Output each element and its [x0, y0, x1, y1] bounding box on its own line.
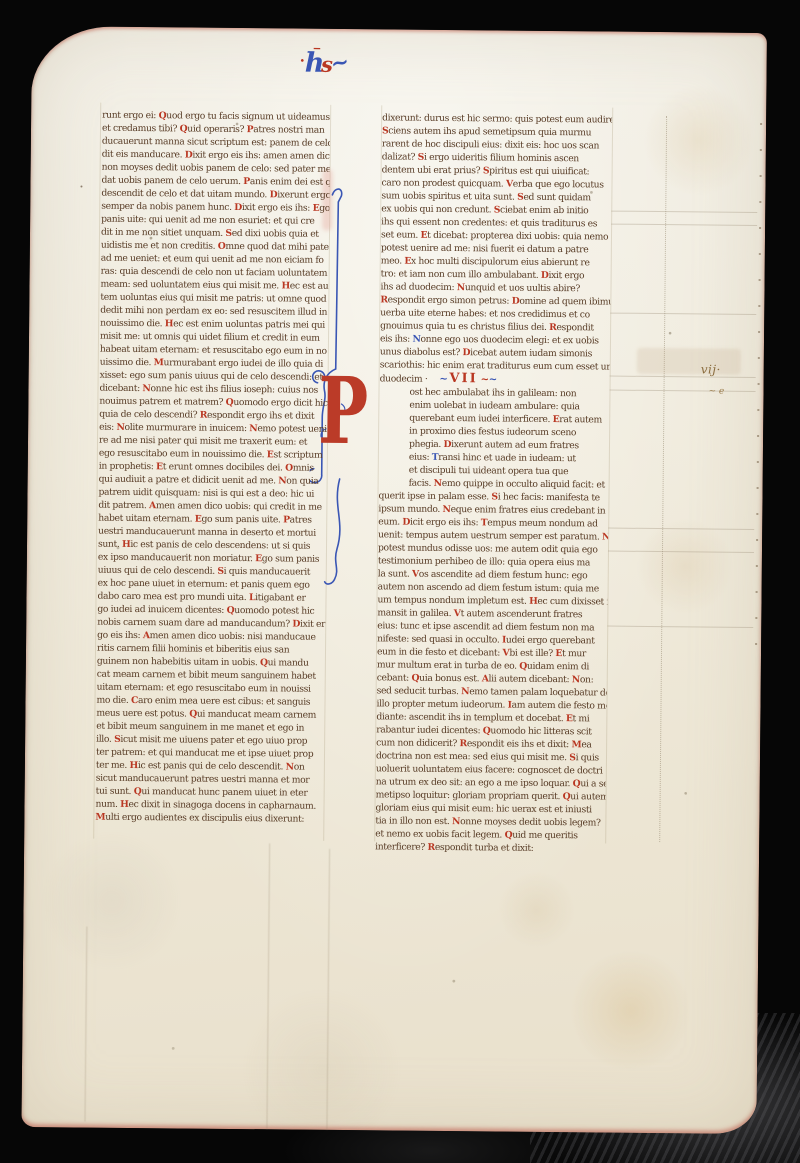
ruling-horizontal-3 — [610, 313, 756, 315]
column2-lines-after: querit ipse in palam esse. Si hec facis:… — [375, 489, 608, 855]
crease-left — [266, 843, 270, 1129]
column2-lines-beside-initial: ost hec ambulabat ihs in galileam: nonen… — [379, 385, 610, 491]
chapter-numeral: VII — [449, 371, 477, 386]
column1-lines: runt ergo ei: Quod ergo tu facis signum … — [95, 109, 330, 826]
parchment-speckles — [32, 26, 34, 28]
ruling-horizontal-6 — [608, 528, 754, 530]
quire-mark: ~ e — [708, 387, 724, 397]
folio-number: vij· — [701, 362, 721, 376]
manuscript-leaf: ·h‾s~ P runt ergo ei: Quod ergo tu facis… — [21, 26, 767, 1134]
monogram-swash: ~ — [328, 48, 351, 77]
monogram-macron: ‾ — [314, 47, 321, 62]
text-line: interficere? Respondit turba et dixit: — [375, 840, 605, 855]
ruling-horizontal-5 — [610, 390, 756, 392]
text-column-1: runt ergo ei: Quod ergo tu facis signum … — [95, 109, 330, 826]
text-column-2: dixerunt: durus est hic sermo: quis pote… — [375, 111, 612, 855]
column2-lines-before: dixerunt: durus est hic sermo: quis pote… — [380, 111, 612, 373]
ruling-horizontal-1 — [611, 211, 757, 213]
text-line: Multi ergo audientes ex discipulis eius … — [95, 811, 323, 826]
chapter-heading-pretext: duodecim · — [380, 373, 428, 384]
margin-dot — [80, 185, 82, 187]
heading-flourish-right-blue: ~ — [489, 374, 497, 385]
photo-background: { "ink": { "text": "#573b25", "red": "#b… — [0, 0, 800, 1163]
ruling-horizontal-2 — [611, 224, 757, 226]
crease-right — [326, 849, 330, 1130]
heading-flourish-left: ~ — [439, 374, 447, 385]
ruling-horizontal-8 — [607, 626, 753, 628]
prick-marks — [755, 123, 762, 653]
header-monogram-ihs: ·h‾s~ — [299, 47, 349, 81]
crease-margin — [84, 927, 87, 1122]
initial-p: P — [318, 365, 369, 457]
text-setoff-smudge — [637, 348, 741, 375]
ruling-horizontal-4 — [610, 376, 756, 378]
ruling-horizontal-7 — [608, 551, 754, 553]
heading-flourish-right-red: ~ — [481, 374, 489, 385]
